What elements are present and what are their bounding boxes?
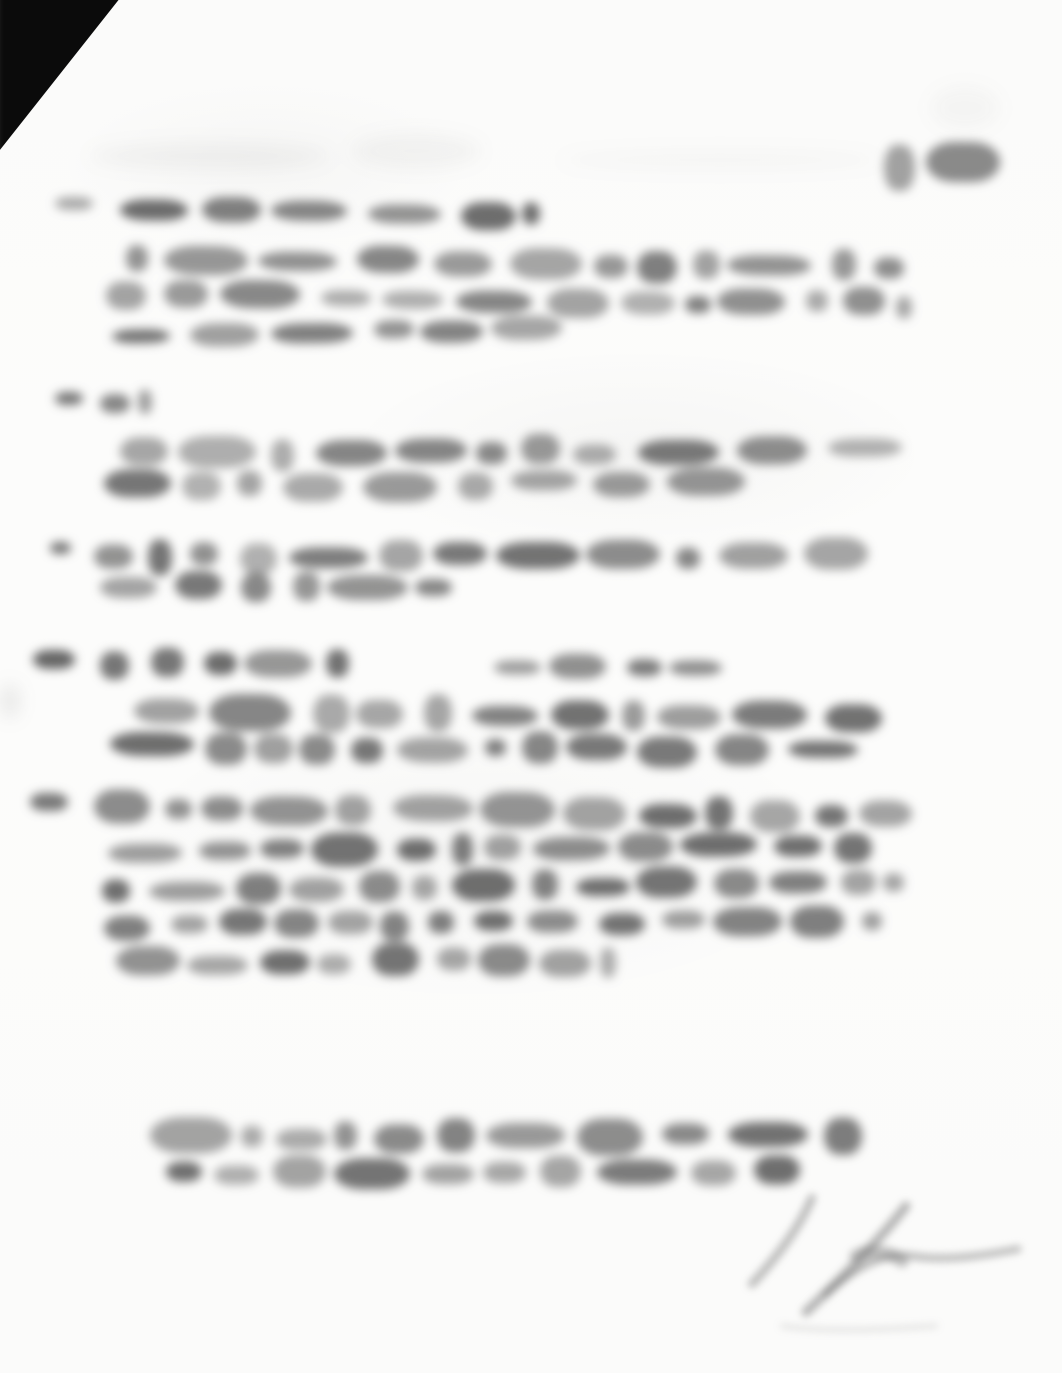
signature-stroke <box>782 1326 936 1330</box>
signature-stroke <box>752 1198 812 1284</box>
signature <box>0 0 1062 1373</box>
scanned-document-page <box>0 0 1062 1373</box>
